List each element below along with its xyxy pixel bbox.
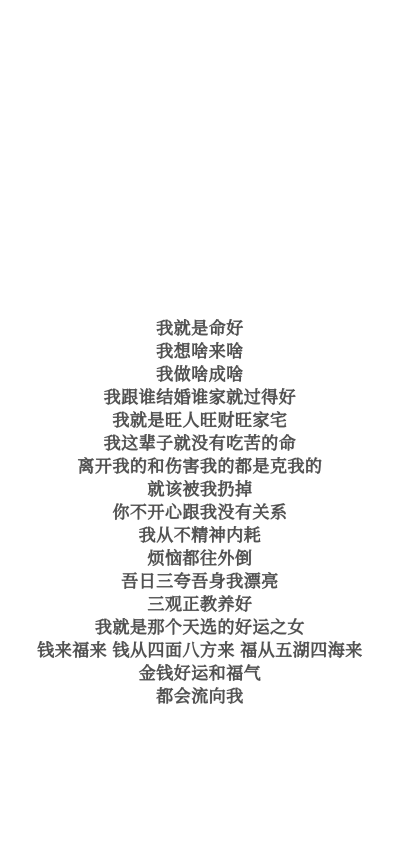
affirmation-line: 我想啥来啥	[0, 340, 400, 363]
affirmation-line: 吾日三夸吾身我漂亮	[0, 570, 400, 593]
affirmation-line: 你不开心跟我没有关系	[0, 501, 400, 524]
affirmation-line: 我就是那个天选的好运之女	[0, 616, 400, 639]
affirmation-line: 我跟谁结婚谁家就过得好	[0, 386, 400, 409]
affirmation-line: 我做啥成啥	[0, 363, 400, 386]
affirmation-wallpaper: 我就是命好我想啥来啥我做啥成啥我跟谁结婚谁家就过得好我就是旺人旺财旺家宅我这辈子…	[0, 0, 400, 866]
affirmation-text-block: 我就是命好我想啥来啥我做啥成啥我跟谁结婚谁家就过得好我就是旺人旺财旺家宅我这辈子…	[0, 317, 400, 708]
affirmation-line: 离开我的和伤害我的都是克我的	[0, 455, 400, 478]
affirmation-line: 就该被我扔掉	[0, 478, 400, 501]
affirmation-line: 我从不精神内耗	[0, 524, 400, 547]
affirmation-line: 我就是旺人旺财旺家宅	[0, 409, 400, 432]
affirmation-line: 钱来福来 钱从四面八方来 福从五湖四海来	[0, 639, 400, 662]
affirmation-line: 三观正教养好	[0, 593, 400, 616]
affirmation-line: 都会流向我	[0, 685, 400, 708]
affirmation-line: 烦恼都往外倒	[0, 547, 400, 570]
affirmation-line: 我就是命好	[0, 317, 400, 340]
affirmation-line: 金钱好运和福气	[0, 662, 400, 685]
affirmation-line: 我这辈子就没有吃苦的命	[0, 432, 400, 455]
